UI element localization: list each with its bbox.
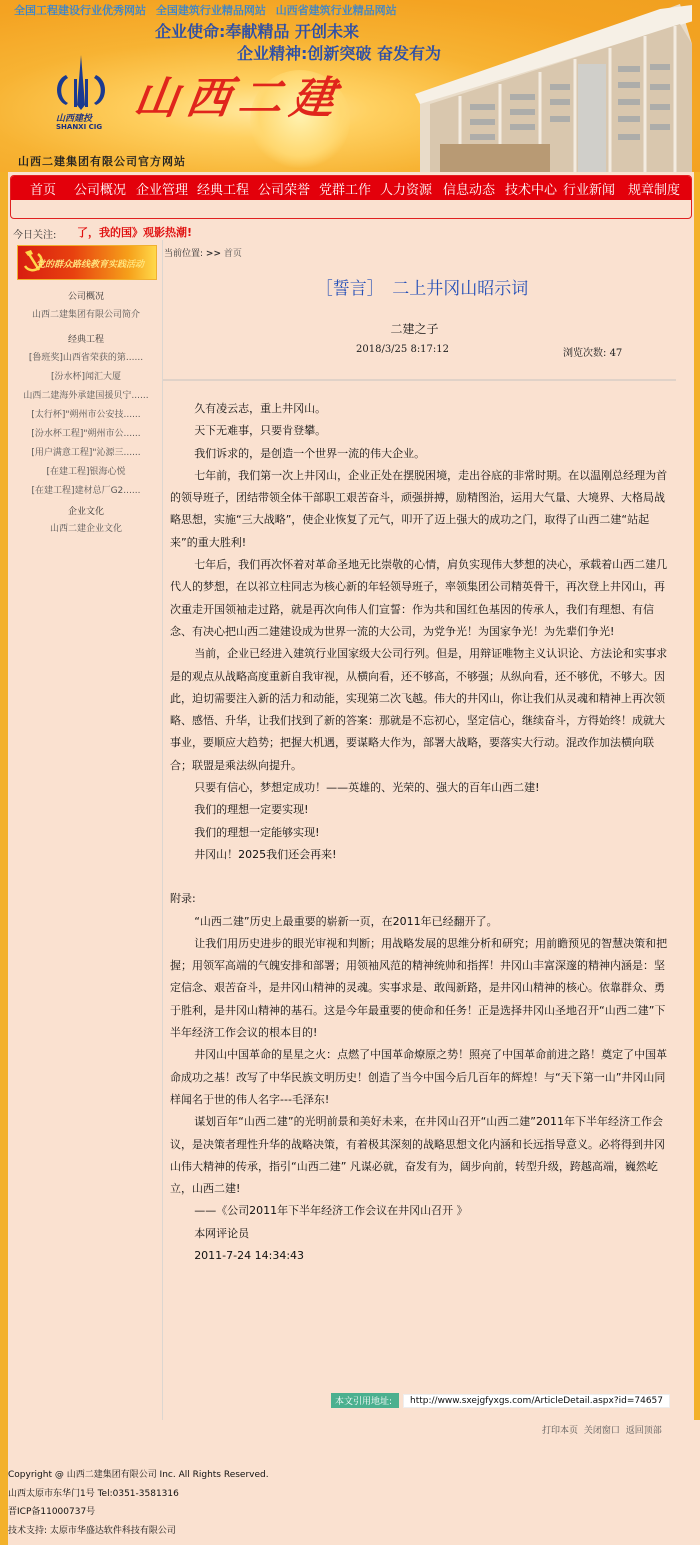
nav-party-work[interactable]: 党群工作 xyxy=(319,179,371,198)
sidebar-link[interactable]: [在建工程]建材总厂G2...... xyxy=(10,483,162,496)
sidebar-section-projects: 经典工程 [鲁班奖]山西省荣获的第...... [汾水杯]闻汇大厦 山西二建海外… xyxy=(10,332,162,496)
article-paragraph: 天下无难事，只要肯登攀。 xyxy=(170,420,670,442)
sidebar-link[interactable]: [汾水杯]闻汇大厦 xyxy=(10,369,162,382)
article-title: ［誓言］ 二上井冈山昭示词 xyxy=(162,274,682,299)
close-window-link[interactable]: 关闭窗口 xyxy=(584,1426,620,1436)
article-paragraph: 我们诉求的，是创造一个世界一流的伟大企业。 xyxy=(170,443,670,465)
sidebar-link[interactable]: 山西二建集团有限公司简介 xyxy=(10,307,162,320)
footer-copyright: Copyright @ 山西二建集团有限公司 Inc. All Rights R… xyxy=(8,1466,269,1485)
appendix-paragraph: 井冈山中国革命的星星之火：点燃了中国革命燎原之势！照亮了中国革命前进之路！奠定了… xyxy=(170,1044,670,1111)
view-count-value: 47 xyxy=(610,348,623,359)
campaign-banner[interactable]: 党的群众路线教育实践活动 xyxy=(17,245,157,280)
back-to-top-link[interactable]: 返回顶部 xyxy=(626,1426,662,1436)
footer-icp[interactable]: 晋ICP备11000737号 xyxy=(8,1503,269,1522)
print-page-link[interactable]: 打印本页 xyxy=(542,1426,578,1436)
article-paragraph: 井冈山！2025我们还会再来! xyxy=(170,844,670,866)
citation-label: 本文引用地址: xyxy=(331,1393,399,1408)
sidebar-link[interactable]: 山西二建海外承建国援贝宁...... xyxy=(10,388,162,401)
sidebar-section-title: 公司概况 xyxy=(10,289,162,302)
breadcrumb-separator: >> xyxy=(206,249,221,259)
nav-regulations[interactable]: 规章制度 xyxy=(628,179,680,198)
appendix-author: 本网评论员 xyxy=(170,1223,670,1245)
view-count-label: 浏览次数: xyxy=(563,348,606,359)
main-nav-container: 首页 公司概况 企业管理 经典工程 公司荣誉 党群工作 人力资源 信息动态 技术… xyxy=(10,175,692,219)
appendix-label: 附录: xyxy=(170,888,670,910)
breadcrumb: 当前位置: >> 首页 xyxy=(164,246,242,259)
nav-enterprise-management[interactable]: 企业管理 xyxy=(136,179,188,198)
site-name: 山西二建集团有限公司官方网站 xyxy=(18,153,186,169)
nav-classic-projects[interactable]: 经典工程 xyxy=(197,179,249,198)
slogan-mission: 企业使命:奉献精品 开创未来 xyxy=(155,19,359,42)
nav-human-resources[interactable]: 人力资源 xyxy=(380,179,432,198)
article-author: 二建之子 xyxy=(162,320,667,337)
article-tools: 打印本页 关闭窗口 返回顶部 xyxy=(542,1423,665,1436)
article-paragraph: 久有凌云志，重上井冈山。 xyxy=(170,398,670,420)
nav-tech-center[interactable]: 技术中心 xyxy=(505,179,557,198)
article-paragraph: 我们的理想一定要实现! xyxy=(170,799,670,821)
right-border-stripe xyxy=(694,0,700,1420)
today-focus-label: 今日关注: xyxy=(13,226,56,241)
main-nav: 首页 公司概况 企业管理 经典工程 公司荣誉 党群工作 人力资源 信息动态 技术… xyxy=(11,176,691,200)
appendix-date: 2011-7-24 14:34:43 xyxy=(170,1245,670,1267)
left-border-stripe xyxy=(0,0,8,1545)
honor-links: 全国工程建设行业优秀网站 全国建筑行业精品网站 山西省建筑行业精品网站 xyxy=(14,2,403,18)
header-banner: 全国工程建设行业优秀网站 全国建筑行业精品网站 山西省建筑行业精品网站 企业使命… xyxy=(0,0,700,172)
footer-address: 山西太原市东华门1号 Tel:0351-3581316 xyxy=(8,1485,269,1504)
sidebar-section-title: 经典工程 xyxy=(10,332,162,345)
sidebar-link[interactable]: [鲁班奖]山西省荣获的第...... xyxy=(10,350,162,363)
today-focus-headline[interactable]: 了，我的国》观影热潮! xyxy=(77,224,192,240)
sidebar-section-culture: 企业文化 山西二建企业文化 xyxy=(10,504,162,534)
citation-bar: 本文引用地址: http://www.sxejgfyxgs.com/Articl… xyxy=(331,1393,670,1408)
sidebar-link[interactable]: [太行杯]"朔州市公安技...... xyxy=(10,407,162,420)
appendix-paragraph: “山西二建”历史上最重要的崭新一页，在2011年已经翻开了。 xyxy=(170,911,670,933)
sidebar-link[interactable]: [用户满意工程]"沁源三...... xyxy=(10,445,162,458)
sidebar-link[interactable]: [在建工程]银海心悦 xyxy=(10,464,162,477)
sidebar-link[interactable]: [汾水杯工程]"朔州市公...... xyxy=(10,426,162,439)
article-paragraph: 只要有信心，梦想定成功！——英雄的、光荣的、强大的百年山西二建! xyxy=(170,777,670,799)
honor-link[interactable]: 山西省建筑行业精品网站 xyxy=(276,4,397,17)
article-paragraph: 七年前，我们第一次上井冈山，企业正处在摆脱困境，走出谷底的非常时期。在以温刚总经… xyxy=(170,465,670,554)
campaign-banner-text: 党的群众路线教育实践活动 xyxy=(36,257,144,270)
sidebar-section-company: 公司概况 山西二建集团有限公司简介 xyxy=(10,289,162,320)
sidebar-section-title: 企业文化 xyxy=(10,504,162,517)
sidebar-link[interactable]: 山西二建企业文化 xyxy=(10,521,162,534)
brand-calligraphy: 山西二建 xyxy=(131,62,348,126)
appendix-paragraph: 谋划百年“山西二建”的光明前景和美好未来，在井冈山召开“山西二建”2011年下半… xyxy=(170,1111,670,1200)
nav-news[interactable]: 信息动态 xyxy=(443,179,495,198)
citation-url[interactable]: http://www.sxejgfyxgs.com/ArticleDetail.… xyxy=(403,1394,670,1408)
article-paragraph: 我们的理想一定能够实现! xyxy=(170,822,670,844)
breadcrumb-home-link[interactable]: 首页 xyxy=(224,249,242,259)
honor-link[interactable]: 全国建筑行业精品网站 xyxy=(156,4,266,17)
breadcrumb-label: 当前位置: xyxy=(164,249,203,259)
nav-company-honors[interactable]: 公司荣誉 xyxy=(258,179,310,198)
article-paragraph: 当前，企业已经进入建筑行业国家级大公司行列。但是，用辩证唯物主义认识论、方法论和… xyxy=(170,643,670,777)
footer: Copyright @ 山西二建集团有限公司 Inc. All Rights R… xyxy=(8,1466,269,1540)
appendix-source: ——《公司2011年下半年经济工作会议在井冈山召开 》 xyxy=(170,1200,670,1222)
header-divider xyxy=(163,379,676,381)
nav-home[interactable]: 首页 xyxy=(30,179,56,198)
footer-tech-support: 技术支持: 太原市华盛达软件科技有限公司 xyxy=(8,1522,269,1541)
article-paragraph: 七年后，我们再次怀着对革命圣地无比崇敬的心情，肩负实现伟大梦想的决心，承载着山西… xyxy=(170,554,670,643)
column-divider xyxy=(162,240,163,1420)
honor-link[interactable]: 全国工程建设行业优秀网站 xyxy=(14,4,146,17)
headquarters-building-image xyxy=(400,4,692,172)
article-date: 2018/3/25 8:17:12 xyxy=(356,344,449,355)
nav-company-overview[interactable]: 公司概况 xyxy=(74,179,126,198)
article-view-count: 浏览次数: 47 xyxy=(563,344,622,359)
logo-english-text: SHANXI CIG xyxy=(56,123,102,131)
appendix-paragraph: 让我们用历史进步的眼光审视和判断；用战略发展的思维分析和研究；用前瞻预见的智慧决… xyxy=(170,933,670,1044)
article-body: 久有凌云志，重上井冈山。 天下无难事，只要肯登攀。 我们诉求的，是创造一个世界一… xyxy=(170,398,670,1267)
nav-industry-news[interactable]: 行业新闻 xyxy=(563,179,615,198)
